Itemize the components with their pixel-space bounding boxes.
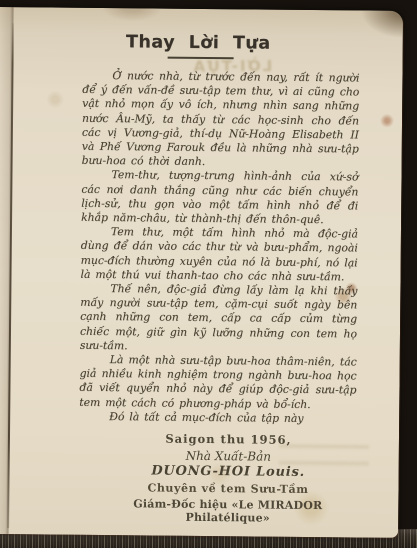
scanned-book-page: LỜI-TỰA Thay Lời Tựa Ở nước nhà, từ trướ… — [0, 0, 417, 548]
place-date: Saigon thu 1956, — [90, 431, 367, 448]
publisher-name: DUONG-HOI Louis. — [90, 463, 367, 481]
paragraph: Tem thư, một tấm hình nhỏ mà độc-giả dùn… — [80, 225, 358, 284]
page-title: Thay Lời Tựa — [60, 32, 337, 55]
preface-text: Ở nước nhà, từ trước đến nay, rất ít ngư… — [79, 69, 359, 427]
publisher-label: Nhà Xuất-Bản — [90, 448, 367, 465]
signature-block: Saigon thu 1956, Nhà Xuất-Bản DUONG-HOI … — [89, 431, 367, 526]
paragraph: Ở nước nhà, từ trước đến nay, rất ít ngư… — [82, 69, 360, 171]
closing-line: Đó là tất cả mục-đích của tập này — [79, 410, 356, 427]
page-content: Thay Lời Tựa Ở nước nhà, từ trước đến na… — [78, 32, 360, 526]
title-underline — [167, 57, 233, 60]
publisher-specialty: Chuyên về tem Sưu-Tầm — [89, 481, 366, 497]
publisher-director: Giám-Đốc hiệu «Le MIRADOR Philatélique» — [89, 497, 366, 526]
paragraph: Tem-thư, tượng-trưng hình-ảnh của xứ-sở … — [81, 168, 359, 227]
paragraph: Là một nhà sưu-tập bưu-hoa thâm-niên, tá… — [79, 353, 357, 412]
book-page: LỜI-TỰA Thay Lời Tựa Ở nước nhà, từ trướ… — [0, 7, 403, 538]
paragraph: Thế nên, độc-giả đừng lấy làm lạ khi thấ… — [80, 282, 358, 356]
